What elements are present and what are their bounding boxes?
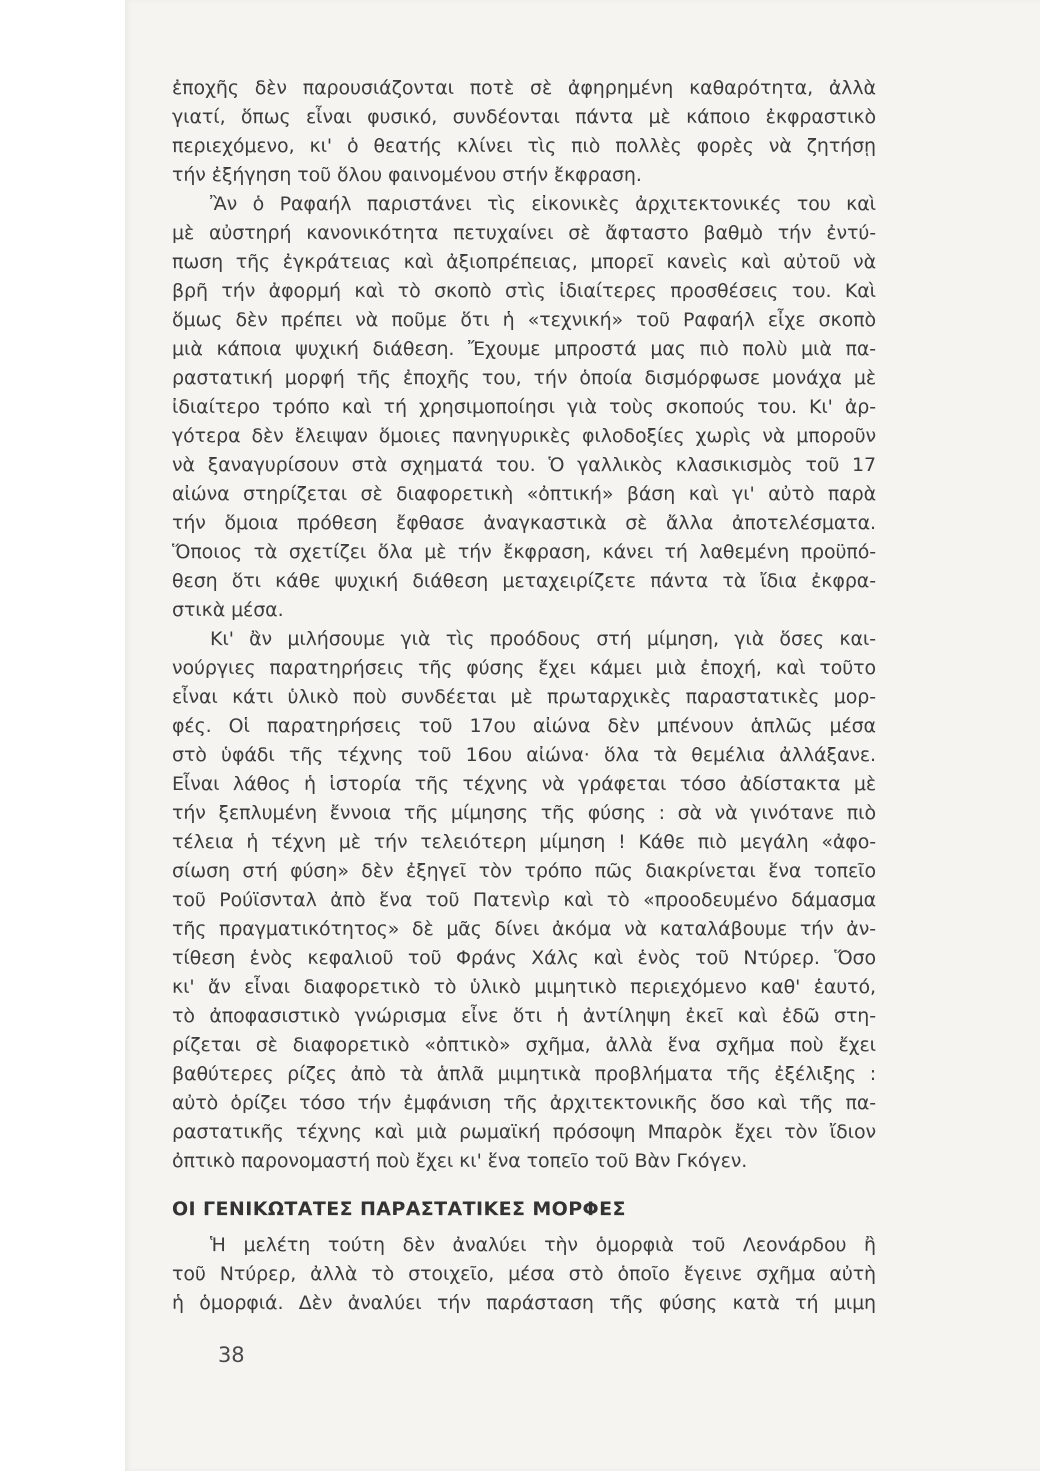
text-line: Ἂν ὁ Ραφαήλ παριστάνει τὶς εἰκονικὲς ἀρχ…: [172, 190, 876, 219]
text-line: Ὅποιος τὰ σχετίζει ὅλα μὲ τήν ἔκφραση, κ…: [172, 538, 876, 567]
paragraph: Ἂν ὁ Ραφαήλ παριστάνει τὶς εἰκονικὲς ἀρχ…: [172, 190, 876, 625]
text-line: ραστατική μορφή τῆς ἐποχῆς του, τήν ὁποί…: [172, 364, 876, 393]
text-line: ὅμως δὲν πρέπει νὰ ποῦμε ὅτι ἡ «τεχνική»…: [172, 306, 876, 335]
paragraph: Ἡ μελέτη τούτη δὲν ἀναλύει τὴν ὁμορφιὰ τ…: [172, 1231, 876, 1318]
text-line: μιὰ κάποια ψυχική διάθεση. Ἔχουμε μπροστ…: [172, 335, 876, 364]
page-number: 38: [218, 1341, 876, 1370]
text-line: ἰδιαίτερο τρόπο καὶ τή χρησιμοποίησι γιὰ…: [172, 393, 876, 422]
text-line: Κι' ἂν μιλήσουμε γιὰ τὶς προόδους στή μί…: [172, 625, 876, 654]
text-line: κι' ἄν εἶναι διαφορετικὸ τὸ ὑλικὸ μιμητι…: [172, 973, 876, 1002]
text-line: φές. Οἱ παρατηρήσεις τοῦ 17ου αἰώνα δὲν …: [172, 712, 876, 741]
text-line: μὲ αὐστηρή κανονικότητα πετυχαίνει σὲ ἄφ…: [172, 219, 876, 248]
text-line: τήν ὅμοια πρόθεση ἔφθασε ἀναγκαστικὰ σὲ …: [172, 509, 876, 538]
section-heading: ΟΙ ΓΕΝΙΚΩΤΑΤΕΣ ΠΑΡΑΣΤΑΤΙΚΕΣ ΜΟΡΦΕΣ: [172, 1195, 876, 1224]
paragraph: Κι' ἂν μιλήσουμε γιὰ τὶς προόδους στή μί…: [172, 625, 876, 1176]
text-line: ἡ ὁμορφιά. Δὲν ἀναλύει τήν παράσταση τῆς…: [172, 1289, 876, 1318]
text-line: ραστατικῆς τέχνης καὶ μιὰ ρωμαϊκή πρόσοψ…: [172, 1118, 876, 1147]
text-line: σίωση στή φύση» δὲν ἐξηγεῖ τὸν τρόπο πῶς…: [172, 857, 876, 886]
text-line: τίθεση ἑνὸς κεφαλιοῦ τοῦ Φράνς Χάλς καὶ …: [172, 944, 876, 973]
text-line: ρίζεται σὲ διαφορετικὸ «ὀπτικὸ» σχῆμα, ἀ…: [172, 1031, 876, 1060]
text-line: τήν ἐξήγηση τοῦ ὅλου φαινομένου στήν ἔκφ…: [172, 161, 876, 190]
text-line: γότερα δὲν ἔλειψαν ὅμοιες πανηγυρικὲς φι…: [172, 422, 876, 451]
text-line: τῆς πραγματικότητος» δὲ μᾶς δίνει ἀκόμα …: [172, 915, 876, 944]
text-line: αὐτὸ ὁρίζει τόσο τήν ἐμφάνιση τῆς ἀρχιτε…: [172, 1089, 876, 1118]
text-line: γιατί, ὅπως εἶναι φυσικό, συνδέονται πάν…: [172, 103, 876, 132]
text-line: ὀπτικὸ παρονομαστή ποὺ ἔχει κι' ἕνα τοπε…: [172, 1147, 876, 1176]
text-line: πωση τῆς ἐγκράτειας καὶ ἀξιοπρέπειας, μπ…: [172, 248, 876, 277]
body-paragraphs: ἐποχῆς δὲν παρουσιάζονται ποτὲ σὲ ἀφηρημ…: [172, 74, 876, 1176]
text-line: τέλεια ἡ τέχνη μὲ τήν τελειότερη μίμηση …: [172, 828, 876, 857]
text-line: θεση ὅτι κάθε ψυχική διάθεση μεταχειρίζε…: [172, 567, 876, 596]
text-line: αἰώνα στηρίζεται σὲ διαφορετικὴ «ὀπτική»…: [172, 480, 876, 509]
text-line: στικὰ μέσα.: [172, 596, 876, 625]
text-line: περιεχόμενο, κι' ὁ θεατής κλίνει τὶς πιὸ…: [172, 132, 876, 161]
text-line: νὰ ξαναγυρίσουν στὰ σχηματά του. Ὁ γαλλι…: [172, 451, 876, 480]
text-line: βρῆ τήν ἀφορμή καὶ τὸ σκοπὸ στὶς ἰδιαίτε…: [172, 277, 876, 306]
text-line: τοῦ Ρούϊσνταλ ἀπὸ ἕνα τοῦ Πατενὶρ καὶ τὸ…: [172, 886, 876, 915]
text-column: ἐποχῆς δὲν παρουσιάζονται ποτὲ σὲ ἀφηρημ…: [172, 74, 876, 1370]
paragraph: ἐποχῆς δὲν παρουσιάζονται ποτὲ σὲ ἀφηρημ…: [172, 74, 876, 190]
text-line: τήν ξεπλυμένη ἔννοια τῆς μίμησης τῆς φύσ…: [172, 799, 876, 828]
scanned-page: ἐποχῆς δὲν παρουσιάζονται ποτὲ σὲ ἀφηρημ…: [125, 0, 1040, 1471]
text-line: τοῦ Ντύρερ, ἀλλὰ τὸ στοιχεῖο, μέσα στὸ ὁ…: [172, 1260, 876, 1289]
closing-paragraphs: Ἡ μελέτη τούτη δὲν ἀναλύει τὴν ὁμορφιὰ τ…: [172, 1231, 876, 1318]
text-line: νούργιες παρατηρήσεις τῆς φύσης ἔχει κάμ…: [172, 654, 876, 683]
text-line: Ἡ μελέτη τούτη δὲν ἀναλύει τὴν ὁμορφιὰ τ…: [172, 1231, 876, 1260]
text-line: ἐποχῆς δὲν παρουσιάζονται ποτὲ σὲ ἀφηρημ…: [172, 74, 876, 103]
text-line: τὸ ἀποφασιστικὸ γνώρισμα εἶνε ὅτι ἡ ἀντί…: [172, 1002, 876, 1031]
text-line: στὸ ὑφάδι τῆς τέχνης τοῦ 16ου αἰώνα· ὅλα…: [172, 741, 876, 770]
text-line: εἶναι κάτι ὑλικὸ ποὺ συνδέεται μὲ πρωταρ…: [172, 683, 876, 712]
text-line: βαθύτερες ρίζες ἀπὸ τὰ ἁπλᾶ μιμητικὰ προ…: [172, 1060, 876, 1089]
text-line: Εἶναι λάθος ἡ ἱστορία τῆς τέχνης νὰ γράφ…: [172, 770, 876, 799]
